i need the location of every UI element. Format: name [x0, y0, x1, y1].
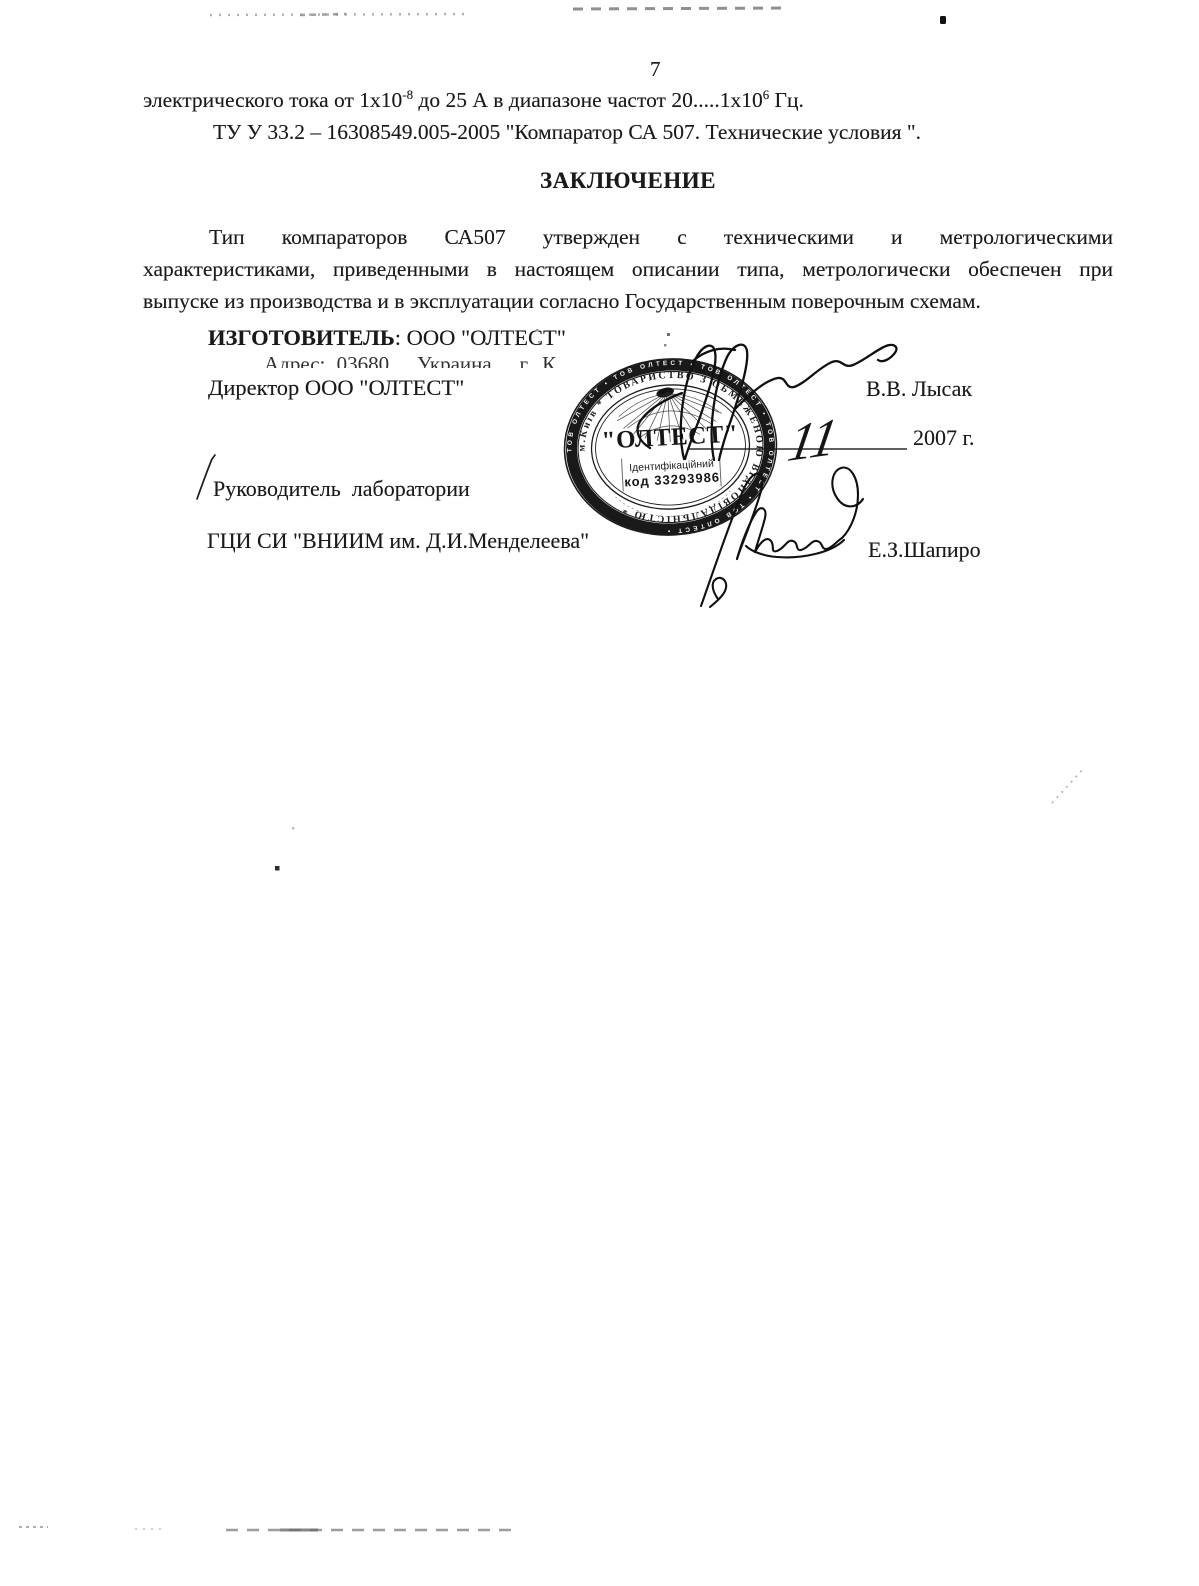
director-name: В.В. Лысак: [866, 377, 972, 401]
lab-head-title: Руководитель лаборатории: [213, 477, 470, 501]
conclusion-paragraph-line-2: характеристиками, приведенными в настоящ…: [143, 253, 1113, 285]
intro-line-1-a: электрического тока от 1х10: [143, 88, 402, 112]
stamp-globe-emblem: [615, 383, 723, 444]
stamp-seal: ТОВ ОЛТЕСТ • ТОВ ОЛТЕСТ • ТОВ ОЛТЕСТ • Т…: [560, 354, 781, 541]
address-text: Адрес: 03680, Украина, г. К: [264, 352, 556, 368]
intro-line-2: ТУ У 33.2 – 16308549.005-2005 "Компарато…: [213, 121, 921, 144]
manufacturer-name: : ООО "ОЛТЕСТ": [395, 325, 566, 350]
director-line: Директор ООО "ОЛТЕСТ": [208, 376, 464, 400]
scanned-document-page: 7 электрического тока от 1х10-8 до 25 А …: [0, 0, 1199, 1586]
scan-specks: [275, 329, 670, 871]
conclusion-paragraph-line-3: выпуске из производства и в эксплуатации…: [143, 285, 1113, 317]
intro-line-1: электрического тока от 1х10-8 до 25 А в …: [143, 89, 804, 112]
stamp-ring-text-outer: ТОВ ОЛТЕСТ • ТОВ ОЛТЕСТ • ТОВ ОЛТЕСТ • Т…: [562, 355, 779, 540]
manufacturer-line: ИЗГОТОВИТЕЛЬ: ООО "ОЛТЕСТ": [208, 326, 566, 350]
manufacturer-label: ИЗГОТОВИТЕЛЬ: [208, 325, 395, 350]
handwritten-day: 11: [784, 406, 842, 473]
lab-org-line: ГЦИ СИ "ВНИИМ им. Д.И.Менделеева": [207, 529, 589, 553]
scan-artifact-top: [210, 8, 946, 24]
conclusion-paragraph-line-1: Тип компараторов СА507 утвержден с техни…: [143, 221, 1113, 253]
intro-line-1-c: Гц.: [769, 88, 804, 112]
svg-text:ТОВ ОЛТЕСТ • ТОВ ОЛТЕСТ • ТОВ: ТОВ ОЛТЕСТ • ТОВ ОЛТЕСТ • ТОВ ОЛТЕСТ • Т…: [562, 355, 779, 540]
scan-artifact-diagonal: [1052, 768, 1084, 803]
svg-text:м.Київ * ТОВАРИСТВО З ОБМЕЖЕНО: м.Київ * ТОВАРИСТВО З ОБМЕЖЕНОЮ ВІДПОВІД…: [572, 365, 768, 529]
intro-superscript-minus8: -8: [402, 88, 413, 102]
stamp-id-code: код 33293986: [624, 469, 720, 489]
scan-artifact-bottom: [19, 1527, 511, 1530]
page-number: 7: [650, 58, 661, 81]
lab-head-signature: [701, 468, 863, 607]
date-year: 2007 г.: [913, 426, 975, 450]
stamp-ring-text-inner: м.Київ * ТОВАРИСТВО З ОБМЕЖЕНОЮ ВІДПОВІД…: [572, 365, 768, 529]
address-line-partially-erased: Адрес: 03680, Украина, г. К: [264, 352, 694, 368]
lab-head-name: Е.З.Шапиро: [868, 538, 981, 562]
stamp-id-bracket: [614, 453, 732, 519]
stamp-id-label: Ідентифікаційний: [629, 458, 714, 474]
stamp-center-name: "ОЛТЕСТ": [601, 420, 739, 454]
intro-line-1-b: до 25 А в диапазоне частот 20.....1х10: [413, 88, 763, 112]
conclusion-paragraph: Тип компараторов СА507 утвержден с техни…: [143, 221, 1113, 317]
scan-dot-top-right: [940, 16, 946, 24]
conclusion-heading: ЗАКЛЮЧЕНИЕ: [143, 168, 1113, 194]
